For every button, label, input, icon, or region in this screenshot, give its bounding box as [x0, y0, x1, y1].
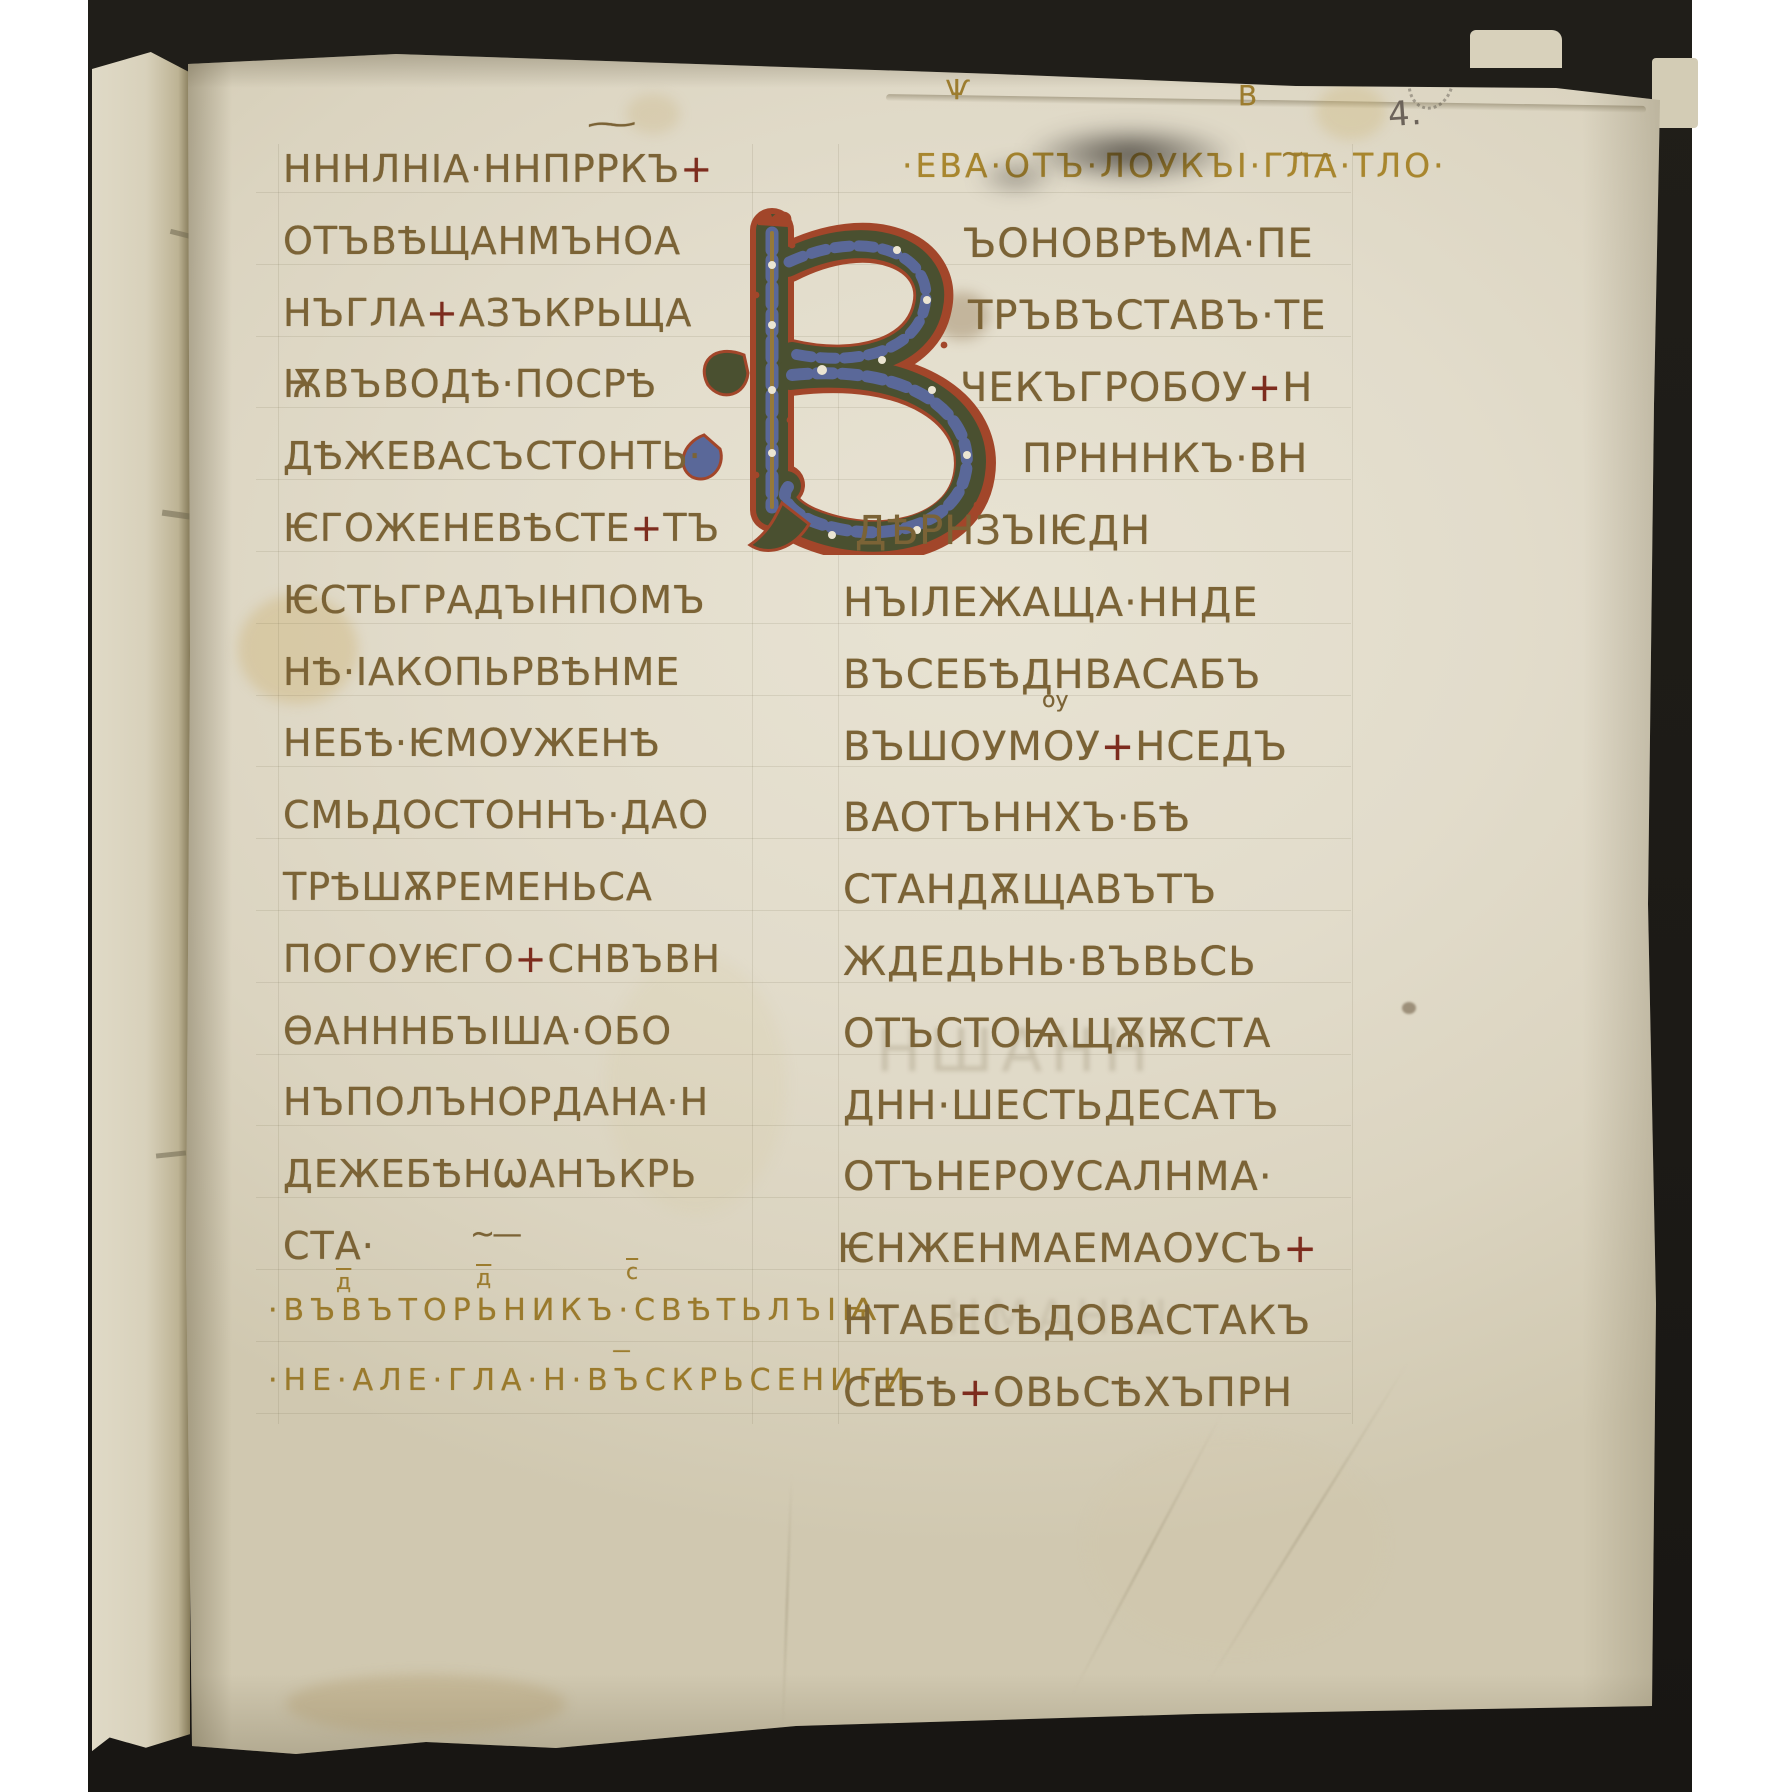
red-cross: + — [1248, 365, 1283, 411]
manuscript-text-line: ДНН·ШЕСТЬДЕСАТЪ — [843, 1086, 1280, 1126]
manuscript-text-line: ВЪШОУМОУ+НСЕДЪ — [843, 727, 1288, 767]
header-flourish: ~— — [1280, 140, 1329, 170]
manuscript-text-line: ЖДЕДЬНЬ·ВЪВЬСЬ — [843, 942, 1257, 982]
end-flourish-sta: ~— — [470, 1220, 519, 1250]
titlo-over-n: ¯ — [607, 1350, 636, 1372]
manuscript-text-line: ·НЕ·АЛЕ·ГЛА·Н·ВЪСКРЬСЕНИГИ — [268, 1366, 911, 1396]
superscript-ou: оу — [1042, 690, 1068, 712]
soot-smudge — [956, 150, 1076, 204]
manuscript-text-line: ЪОНОВРѢМА·ПЕ — [963, 224, 1314, 264]
manuscript-text-line: ДѢРНЗЪІѤДН — [855, 511, 1151, 551]
previous-page-edge — [92, 52, 190, 1758]
manuscript-text-line: НЪПОЛЪНОРДАНА·Н — [283, 1083, 709, 1121]
titlo-over-prrk: ~ — [581, 110, 642, 138]
crease — [781, 1474, 792, 1734]
header-ornament-icon: Ѱ — [946, 76, 970, 104]
manuscript-text-line: ѤСТЬГРАДЪІНПОМЪ — [283, 581, 706, 619]
manuscript-text-line: ДѢЖЕВАСЪСТОНТЬ· — [283, 437, 702, 475]
rubric-superscript-1: д — [336, 1272, 351, 1294]
red-cross: + — [680, 147, 713, 191]
manuscript-text-line: НЪІЛЕЖАЩА·ННДЕ — [843, 583, 1258, 623]
chapter-number-mark: В — [1238, 82, 1257, 110]
rubric-superscript-3: с — [626, 1262, 638, 1284]
ruling-line — [278, 144, 279, 1424]
manuscript-text-line: ТРѢШѪРЕМЕНЬСА — [283, 868, 653, 906]
second-leaf-edge — [886, 94, 1646, 113]
gutter-shadow — [186, 54, 232, 1756]
red-cross: + — [426, 291, 459, 335]
manuscript-text-line: ОТЪНЕРОУСАЛНМА· — [843, 1157, 1273, 1197]
manuscript-text-line: ТРЪВЪСТАВЪ·ТЕ — [968, 296, 1327, 336]
red-cross: + — [958, 1370, 993, 1416]
red-cross: + — [1101, 724, 1136, 770]
manuscript-text-line: ОТЪВѢЩАНМЪНОА — [283, 222, 681, 260]
manuscript-text-line: НЪГЛА+АЗЪКРЬЩА — [283, 294, 692, 332]
manuscript-text-line: ДЕЖЕБѢНѠАНЪКРЬ — [283, 1155, 697, 1193]
manuscript-photograph: НШАНН НМАНШ ·ЕВА·ОТЪ·ЛОУКЪІ·ГЛА·ТЛО· Ѱ В… — [0, 0, 1792, 1792]
manuscript-text-line: ПОГОУѤГО+СНВЪВН — [283, 940, 721, 978]
manuscript-page: НШАНН НМАНШ ·ЕВА·ОТЪ·ЛОУКЪІ·ГЛА·ТЛО· Ѱ В… — [186, 54, 1662, 1756]
stain — [1316, 84, 1386, 140]
stain — [286, 1674, 566, 1734]
ink-spot — [1402, 1002, 1416, 1014]
manuscript-text-line: НННЛНІА·ННПРРКЪ+ — [283, 150, 713, 188]
page-nick — [156, 1150, 186, 1158]
manuscript-text-line: ВАОТЪННХЪ·БѢ — [843, 798, 1191, 838]
manuscript-text-line: ѲАНННБЪІША·ОБО — [283, 1012, 672, 1050]
red-cross: + — [1283, 1226, 1318, 1272]
manuscript-text-line: СТАНДѪЩАВЪТЪ — [843, 870, 1217, 910]
red-cross: + — [515, 937, 548, 981]
manuscript-text-line: ·ВЪВЪТОРЬНИКЪ·СВѢТЬЛЪІѨ — [268, 1296, 883, 1326]
manuscript-text-line: ѤГОЖЕНЕВѢСТЕ+ТЪ — [283, 509, 720, 547]
manuscript-text-line: ОТЪСТОѨЩѪѬСТА — [843, 1014, 1272, 1054]
manuscript-text-line: ЧЕКЪГРОБОУ+Н — [960, 368, 1313, 408]
red-cross: + — [631, 506, 664, 550]
manuscript-text-line: НѢ·ІАКОПЬРВѢНМЕ — [283, 653, 680, 691]
manuscript-text-line: ПРНННКЪ·ВН — [1022, 439, 1308, 479]
manuscript-text-line: ѤНЖЕНМАЕМАОУСЪ+ — [837, 1229, 1318, 1269]
manuscript-text-line: СМЬДОСТОННЪ·ДАО — [283, 796, 709, 834]
manuscript-text-line: СТА· — [283, 1227, 375, 1265]
underleaf-edge — [1470, 30, 1562, 68]
rubric-superscript-2: д — [476, 1268, 491, 1290]
manuscript-text-line: НТАБЕСѢДОВАСТАКЪ — [843, 1301, 1311, 1341]
manuscript-text-line: СЕБѢ+ОВЬСѢХЪПРН — [843, 1373, 1293, 1413]
manuscript-text-line: НЕБѢ·ѤМОУЖЕНѢ — [283, 724, 660, 762]
ruling-line — [1352, 144, 1353, 1424]
manuscript-text-line: ѬВЪВОДѢ·ПОСРѢ — [283, 365, 657, 403]
